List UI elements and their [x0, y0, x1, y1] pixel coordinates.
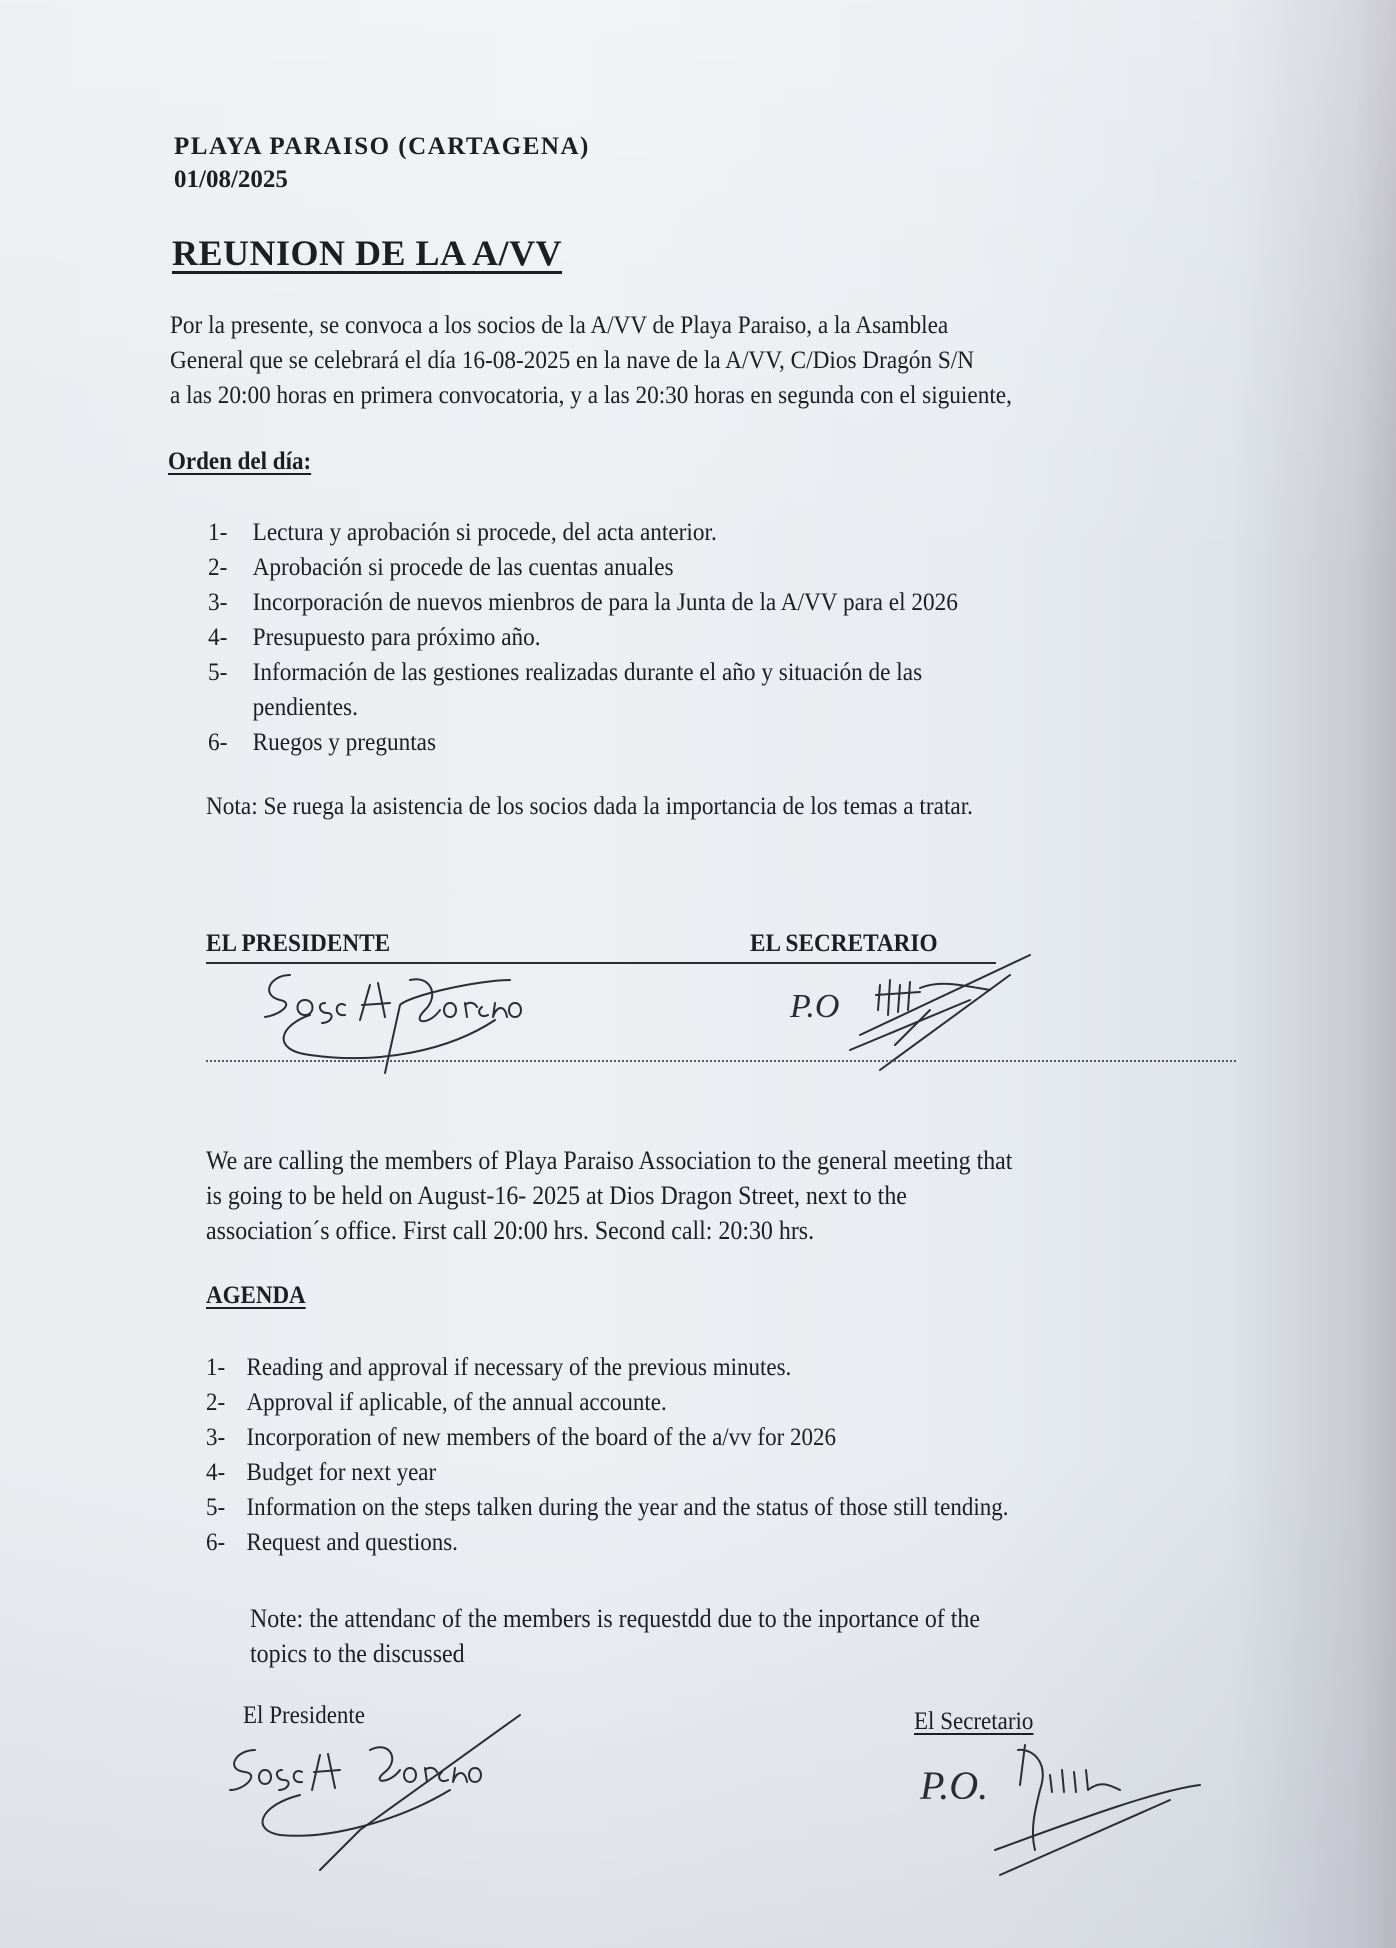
intro-line: Por la presente, se convoca a los socios… — [170, 308, 1012, 343]
intro-line: association´s office. First call 20:00 h… — [206, 1213, 1012, 1248]
document-date: 01/08/2025 — [174, 166, 288, 194]
note-es: Nota: Se ruega la asistencia de los soci… — [206, 789, 973, 824]
location-header: PLAYA PARAISO (CARTAGENA) — [174, 133, 590, 161]
note-en: Note: the attendanc of the members is re… — [250, 1601, 980, 1671]
spanish-intro: Por la presente, se convoca a los socios… — [170, 308, 1012, 413]
secretary-po-en: P.O. — [920, 1762, 988, 1809]
agenda-list-en: 1-Reading and approval if necessary of t… — [206, 1350, 1009, 1560]
agenda-item: 3-Incorporation of new members of the bo… — [206, 1420, 1009, 1455]
agenda-item: 6-Ruegos y preguntas — [208, 725, 958, 760]
president-label-es: EL PRESIDENTE — [206, 930, 390, 958]
note-line: Note: the attendanc of the members is re… — [250, 1601, 980, 1636]
president-signature-es — [250, 955, 630, 1075]
note-line: topics to the discussed — [250, 1636, 980, 1671]
english-intro: We are calling the members of Playa Para… — [206, 1143, 1012, 1248]
agenda-item: 4-Presupuesto para próximo año. — [208, 620, 958, 655]
agenda-item: 1-Lectura y aprobación si procede, del a… — [208, 515, 958, 550]
agenda-item: 5-Information on the steps talken during… — [206, 1490, 1009, 1525]
signature-dotted-line — [206, 1060, 1236, 1062]
intro-line: We are calling the members of Playa Para… — [206, 1143, 1012, 1178]
intro-line: is going to be held on August-16- 2025 a… — [206, 1178, 1012, 1213]
agenda-item: 1-Reading and approval if necessary of t… — [206, 1350, 1009, 1385]
agenda-item: 2-Approval if aplicable, of the annual a… — [206, 1385, 1009, 1420]
agenda-item: 3-Incorporación de nuevos mienbros de pa… — [208, 585, 958, 620]
agenda-heading-es: Orden del día: — [168, 448, 311, 476]
page-title: REUNION DE LA A/VV — [172, 232, 562, 274]
agenda-item: 6-Request and questions. — [206, 1525, 1009, 1560]
secretary-po-es: P.O — [790, 988, 839, 1026]
agenda-heading-en: AGENDA — [206, 1282, 306, 1310]
intro-line: a las 20:00 horas en primera convocatori… — [170, 378, 1012, 413]
agenda-item: 2-Aprobación si procede de las cuentas a… — [208, 550, 958, 585]
agenda-item: 5-Información de las gestiones realizada… — [208, 655, 958, 690]
agenda-item: 4-Budget for next year — [206, 1455, 1009, 1490]
intro-line: General que se celebrará el día 16-08-20… — [170, 343, 1012, 378]
president-signature-en — [220, 1710, 560, 1880]
agenda-list-es: 1-Lectura y aprobación si procede, del a… — [208, 515, 958, 760]
agenda-item-continuation: pendientes. — [208, 690, 958, 725]
secretary-signature-es — [840, 940, 1040, 1080]
secretary-signature-en — [990, 1730, 1220, 1880]
